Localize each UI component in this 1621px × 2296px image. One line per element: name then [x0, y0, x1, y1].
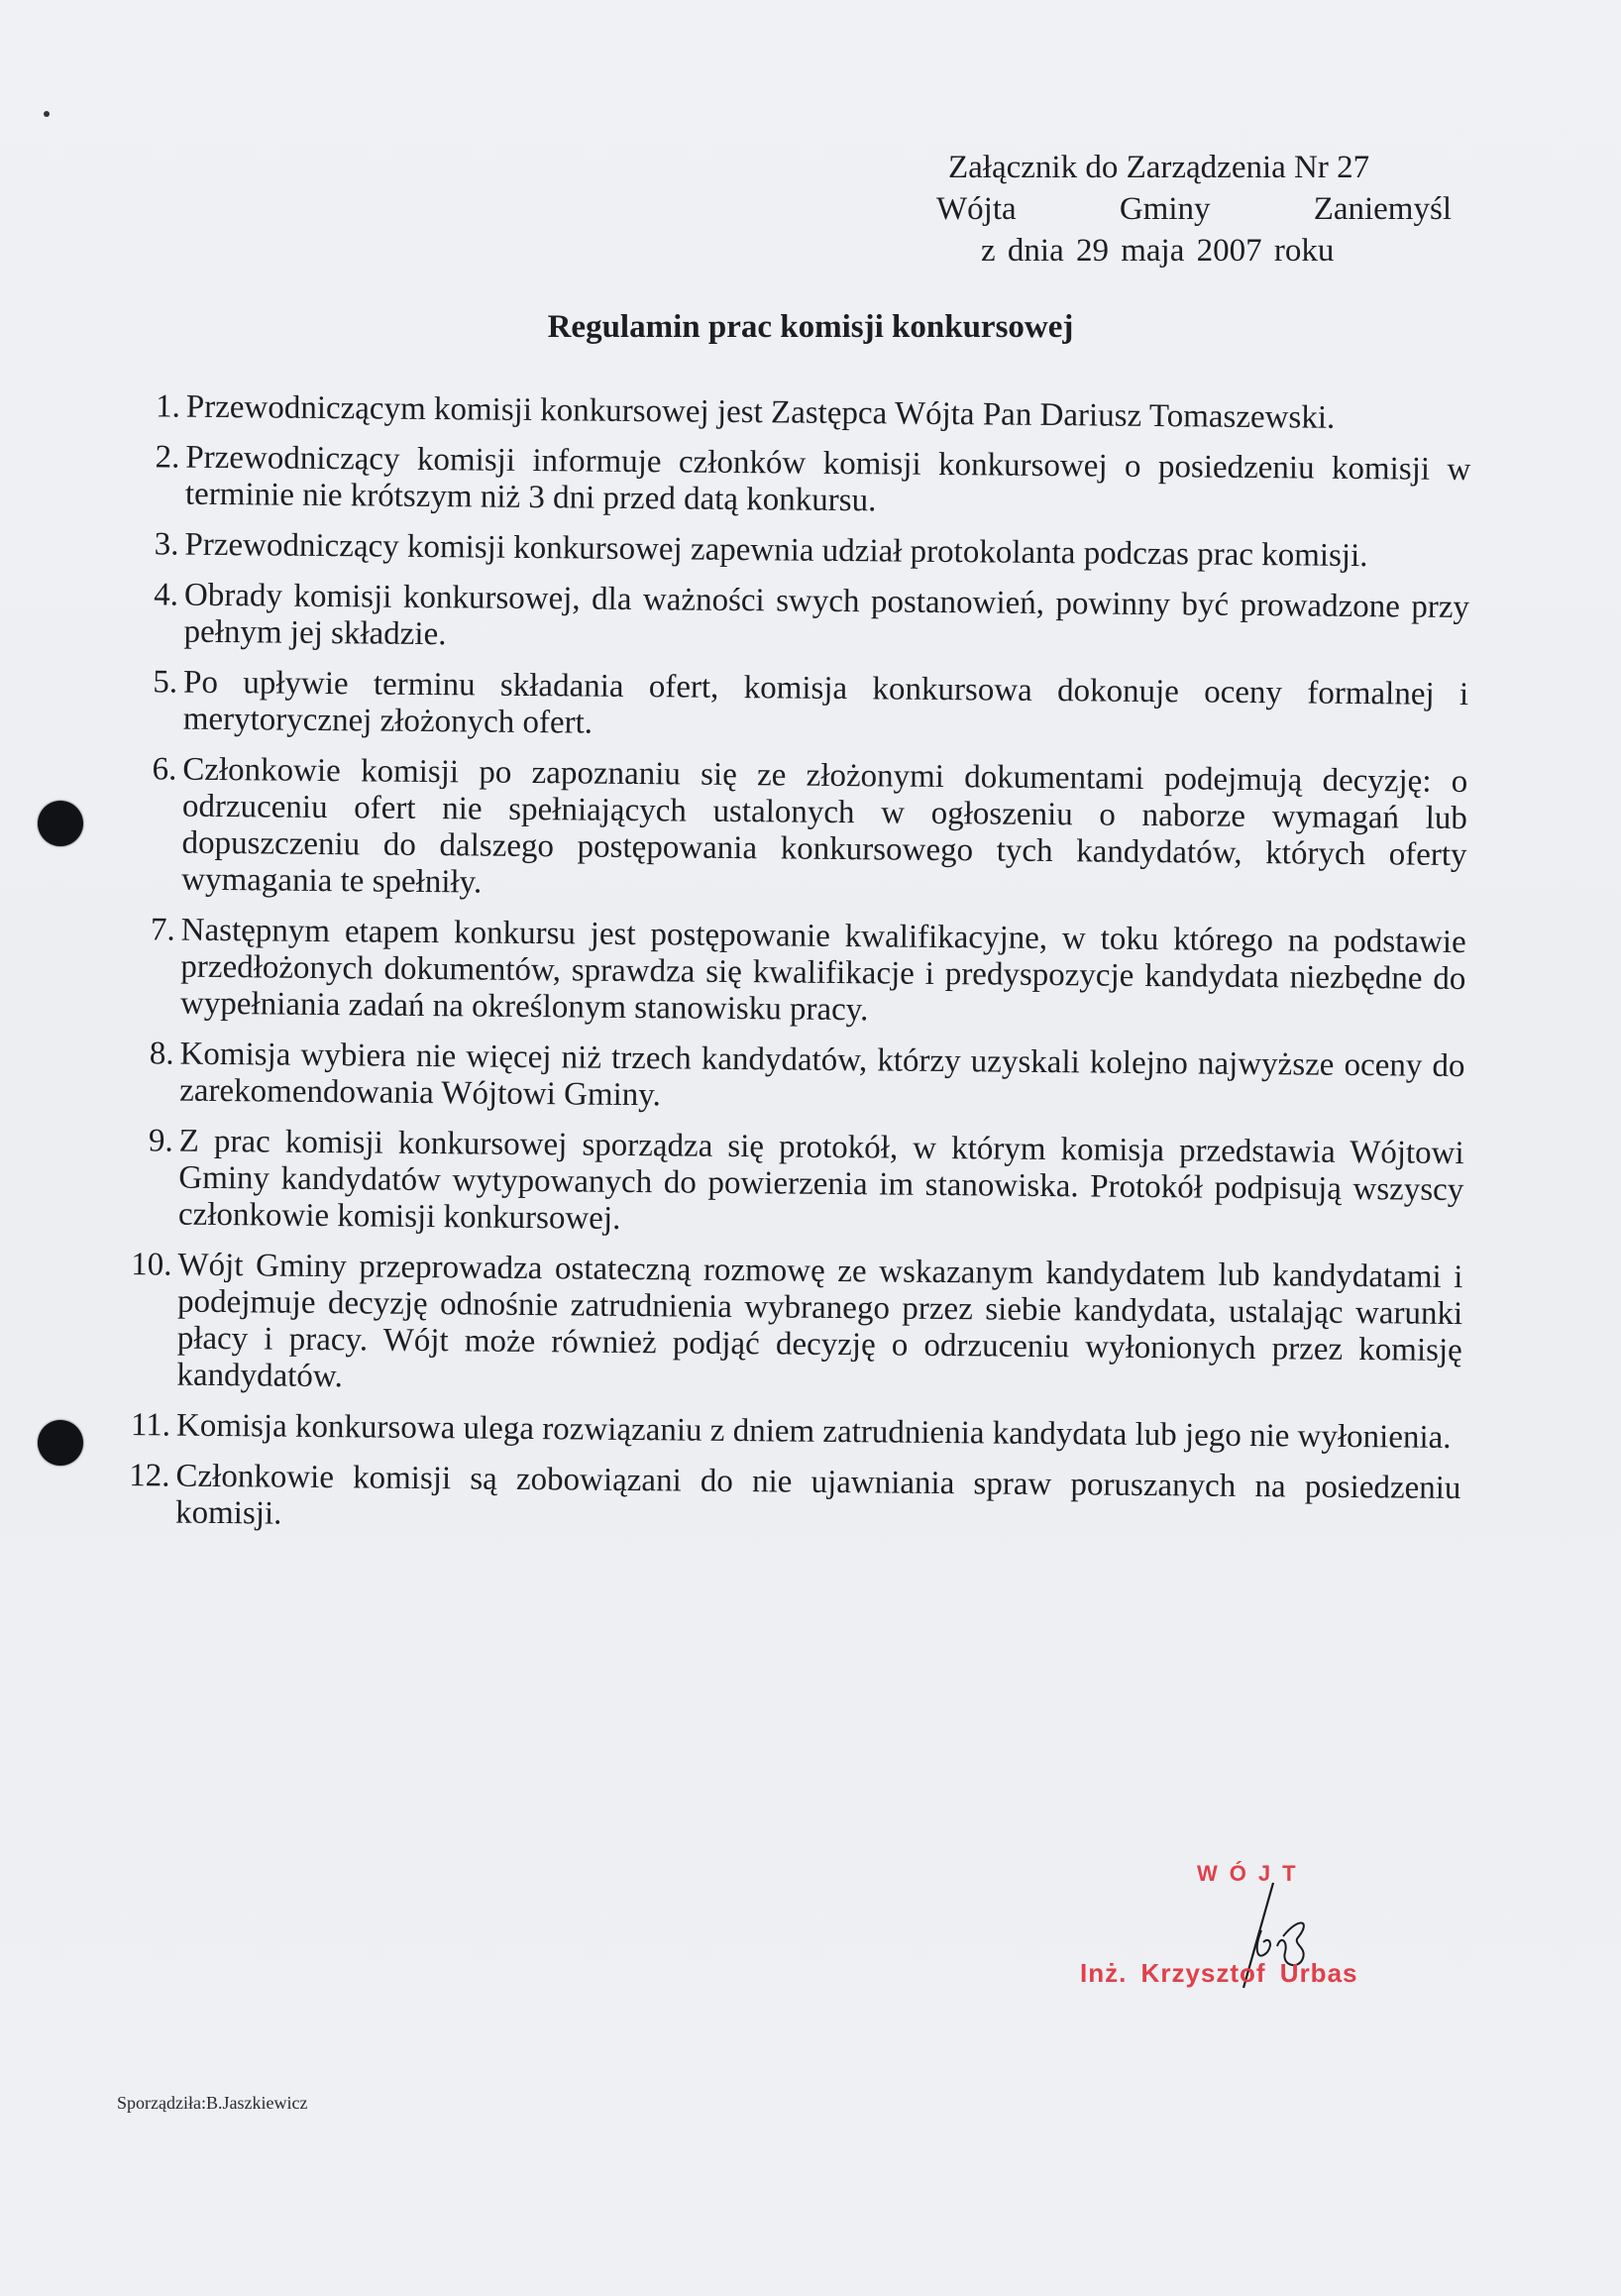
- rule-number: 2.: [118, 439, 186, 513]
- rule-item: 4. Obrady komisji konkursowej, dla ważno…: [116, 577, 1469, 663]
- rule-text: Członkowie komisji po zapoznaniu się ze …: [181, 752, 1467, 911]
- header-authority-word-2: Gminy: [1120, 188, 1211, 230]
- rule-number: 1.: [119, 388, 186, 426]
- rule-text: Komisja wybiera nie więcej niż trzech ka…: [179, 1037, 1465, 1122]
- rule-text: Przewodniczący komisji informuje członkó…: [185, 440, 1471, 525]
- rule-number: 5.: [116, 664, 184, 738]
- rule-number: 8.: [112, 1036, 180, 1110]
- header-authority-line: Wójta Gminy Zaniemyśl: [936, 188, 1452, 230]
- header-authority-word-1: Wójta: [936, 188, 1017, 230]
- rule-text: Wójt Gminy przeprowadza ostateczną rozmo…: [176, 1248, 1462, 1406]
- rule-number: 4.: [116, 577, 184, 651]
- rule-text: Obrady komisji konkursowej, dla ważności…: [183, 578, 1469, 663]
- rule-text: Następnym etapem konkursu jest postępowa…: [180, 913, 1466, 1035]
- rule-number: 9.: [111, 1123, 179, 1234]
- rule-text: Członkowie komisji są zobowiązani do nie…: [175, 1459, 1461, 1544]
- rule-text: Przewodniczący komisji konkursowej zapew…: [184, 527, 1469, 576]
- rule-item: 8. Komisja wybiera nie więcej niż trzech…: [112, 1036, 1465, 1122]
- document-title: Regulamin prac komisji konkursowej: [0, 309, 1621, 346]
- header-date-line: z dnia 29 maja 2007 roku: [936, 230, 1452, 272]
- punch-hole-upper: [38, 801, 83, 846]
- rule-number: 12.: [108, 1458, 176, 1532]
- rule-number: 10.: [109, 1247, 177, 1394]
- rule-item: 5. Po upływie terminu składania ofert, k…: [116, 664, 1469, 750]
- rule-item: 2. Przewodniczący komisji informuje czło…: [118, 439, 1471, 525]
- punch-hole-lower: [38, 1420, 83, 1466]
- rules-list: 1. Przewodniczącym komisji konkursowej j…: [108, 388, 1471, 1558]
- rule-item: 3. Przewodniczący komisji konkursowej za…: [117, 526, 1469, 576]
- rule-number: 3.: [117, 526, 184, 564]
- rule-text: Z prac komisji konkursowej sporządza się…: [178, 1124, 1464, 1246]
- document-header: Załącznik do Zarządzenia Nr 27 Wójta Gmi…: [936, 147, 1452, 272]
- rule-item: 7. Następnym etapem konkursu jest postęp…: [113, 912, 1466, 1035]
- rule-text: Przewodniczącym komisji konkursowej jest…: [186, 389, 1471, 438]
- rule-item: 9. Z prac komisji konkursowej sporządza …: [111, 1123, 1464, 1246]
- prepared-by-note: Sporządziła:B.Jaszkiewicz: [117, 2093, 307, 2114]
- rule-item: 12. Członkowie komisji są zobowiązani do…: [108, 1458, 1461, 1544]
- scanned-document-page: Załącznik do Zarządzenia Nr 27 Wójta Gmi…: [0, 0, 1621, 2296]
- header-attachment-line: Załącznik do Zarządzenia Nr 27: [936, 147, 1452, 188]
- rule-number: 11.: [109, 1407, 176, 1445]
- rule-number: 7.: [113, 912, 181, 1023]
- rule-item: 6. Członkowie komisji po zapoznaniu się …: [114, 751, 1467, 911]
- rule-number: 6.: [114, 751, 182, 899]
- rule-item: 11. Komisja konkursowa ulega rozwiązaniu…: [109, 1407, 1461, 1457]
- rule-text: Po upływie terminu składania ofert, komi…: [183, 665, 1469, 750]
- stamp-name: Inż. Krzysztof Urbas: [1080, 1958, 1358, 1989]
- paper-speck: [44, 111, 50, 117]
- header-authority-word-3: Zaniemyśl: [1314, 188, 1452, 230]
- rule-text: Komisja konkursowa ulega rozwiązaniu z d…: [176, 1408, 1461, 1457]
- rule-item: 10. Wójt Gminy przeprowadza ostateczną r…: [109, 1247, 1462, 1406]
- rule-item: 1. Przewodniczącym komisji konkursowej j…: [119, 388, 1471, 438]
